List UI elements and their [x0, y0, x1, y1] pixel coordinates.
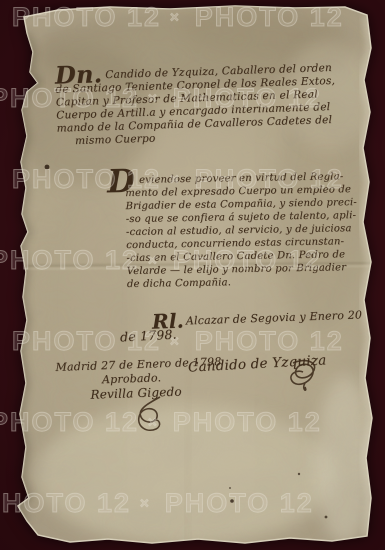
- manuscript-text: Dn.Candido de Yzquiza, Caballero del ord…: [0, 0, 385, 550]
- dateline-text: Alcazar de Segovia y Enero 20: [186, 308, 363, 327]
- photo-backdrop: Dn.Candido de Yzquiza, Caballero del ord…: [0, 0, 385, 550]
- dateline-year: de 1798.: [120, 327, 177, 345]
- dateline: Rl.Alcazar de Segovia y Enero 20: [152, 302, 363, 333]
- opening-paragraph: Dn.Candido de Yzquiza, Caballero del ord…: [55, 61, 353, 148]
- drop-cap: D: [107, 165, 136, 197]
- appointment-paragraph: D eviendose proveer en virtud del Regla-…: [125, 170, 363, 291]
- manuscript-line: de dicha Compañia.: [127, 274, 363, 291]
